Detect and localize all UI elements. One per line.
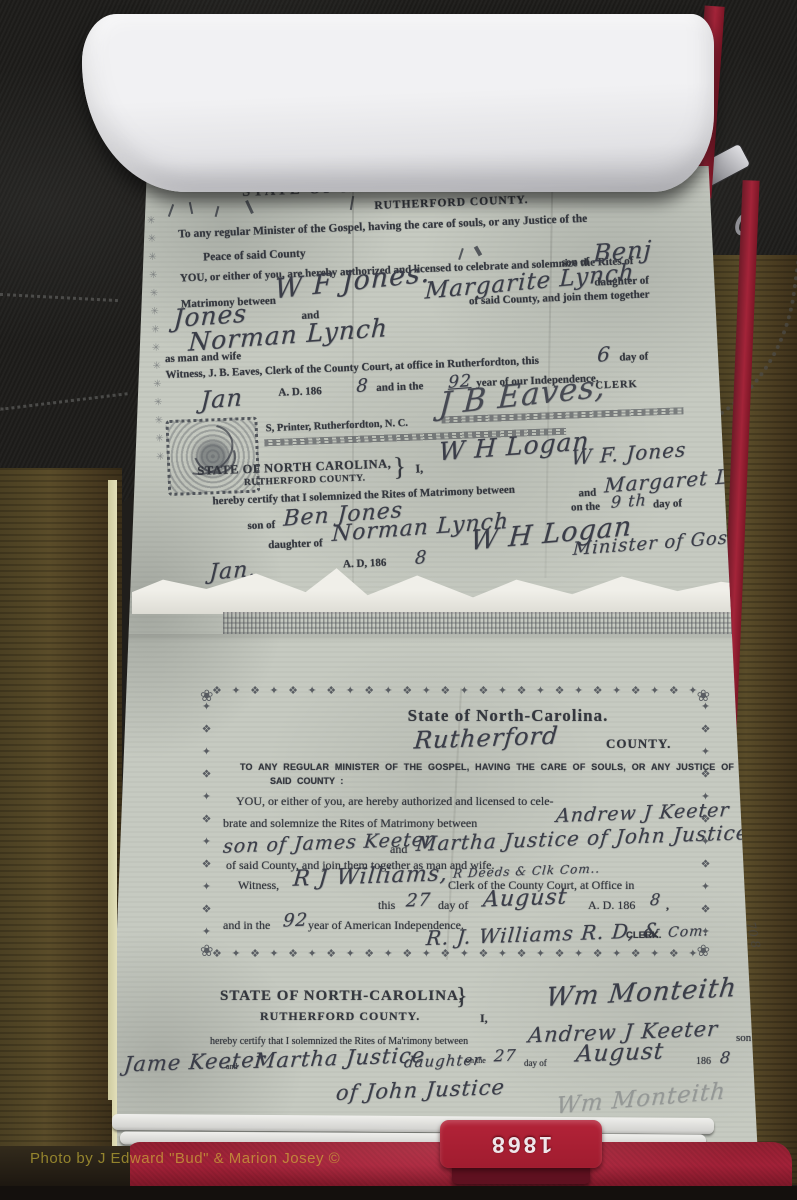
return2-county: RUTHERFORD COUNTY. xyxy=(260,1009,420,1024)
return1-brace: } xyxy=(393,452,407,482)
return2-groom-father-handwritten: Jame Keeter xyxy=(123,1047,267,1076)
return2-month-handwritten: August xyxy=(575,1038,665,1067)
frame-corner-bl: ❀ xyxy=(200,941,213,960)
license1-salutation2: Peace of said County xyxy=(203,248,306,264)
ad-year-handwritten: 8 xyxy=(356,375,369,397)
return2-son: son xyxy=(736,1032,751,1044)
fold-crease-vertical-1 xyxy=(352,170,354,590)
license1-day-of: day of xyxy=(619,351,648,364)
frame-corner-tr: ❀ xyxy=(697,686,710,705)
return1-and: and xyxy=(578,487,596,500)
frame-corner-tl: ❀ xyxy=(200,686,213,705)
license2-comma: , xyxy=(666,898,669,913)
return2-day-handwritten: 27 xyxy=(493,1046,517,1066)
return2-state: STATE OF NORTH-CAROLINA, xyxy=(220,988,464,1005)
frame-border-top: ❖ ✦ ❖ ✦ ❖ ✦ ❖ ✦ ❖ ✦ ❖ ✦ ❖ ✦ ❖ ✦ ❖ ✦ ❖ ✦ … xyxy=(212,684,698,699)
license2-com-handwritten: Com. xyxy=(667,923,709,940)
printer-line: S, Printer, Rutherfordton, N. C. xyxy=(266,418,409,434)
shadow-bottom-strip xyxy=(0,1186,797,1200)
return2-minister-handwritten: Wm Monteith xyxy=(544,973,738,1013)
license2-and: and xyxy=(390,842,407,857)
frame-border-bottom: ❖ ✦ ❖ ✦ ❖ ✦ ❖ ✦ ❖ ✦ ❖ ✦ ❖ ✦ ❖ ✦ ❖ ✦ ❖ ✦ … xyxy=(212,947,698,962)
return2-on-the: on the xyxy=(466,1056,486,1065)
day-handwritten: 6 xyxy=(597,342,612,367)
license2-ad-year-handwritten: 8 xyxy=(649,890,662,909)
return2-and: and xyxy=(226,1062,238,1071)
return1-ad-year-handwritten: 8 xyxy=(414,547,427,569)
license1-county: RUTHERFORD COUNTY. xyxy=(374,195,514,212)
license2-and-in-the: and in the xyxy=(223,918,270,933)
license2-witness-handwritten: R J Williams, xyxy=(292,861,449,892)
return1-day-handwritten: 9 th xyxy=(610,490,647,512)
curled-over-page xyxy=(82,14,714,192)
license2-witness-label: Witness, xyxy=(238,878,279,893)
license2-independence-year-handwritten: 92 xyxy=(282,910,309,932)
return2-day-of: day of xyxy=(524,1058,547,1068)
desk-wood-left xyxy=(0,468,122,1160)
return2-bride-father-handwritten: of John Justice xyxy=(335,1075,506,1105)
return1-ad: A. D, 186 xyxy=(343,557,387,571)
license2-salutation2: SAID COUNTY : xyxy=(270,776,343,786)
license2-this: this xyxy=(378,898,395,913)
page-edge-left xyxy=(108,480,117,1152)
marriage-license-jones-lynch: ✳ ✳ ✳ ✳ ✳ ✳ ✳ ✳ ✳ ✳ ✳ ✳ ✳ ✳ ✳ ✳ ✳ ✳ ✳ ✳ … xyxy=(138,152,774,605)
license1-body3: as man and wife xyxy=(165,350,241,365)
license2-body1: YOU, or either of you, are hereby author… xyxy=(236,794,554,809)
return1-daughter-of: daughter of xyxy=(268,537,323,551)
photographer-watermark: Photo by J Edward "Bud" & Marion Josey © xyxy=(30,1150,340,1167)
fold-shadow-horizontal xyxy=(118,634,758,642)
license1-salutation1: To any regular Minister of the Gospel, h… xyxy=(178,213,587,241)
return1-on-the: on the xyxy=(571,501,600,514)
license2-clerk-label: CLERK. xyxy=(626,930,661,941)
return2-bride-handwritten: Martha Justice xyxy=(253,1043,426,1073)
license2-county-label: COUNTY. xyxy=(606,736,671,752)
frame-corner-br: ❀ xyxy=(697,941,710,960)
frame-border-left: ✦ ❖ ✦ ❖ ✦ ❖ ✦ ❖ ✦ ❖ ✦ ❖ ✦ ❖ ✦ ❖ xyxy=(198,700,213,946)
license2-day-handwritten: 27 xyxy=(405,890,432,912)
photo-of-marriage-record-book: ✳ ✳ ✳ ✳ ✳ ✳ ✳ ✳ ✳ ✳ ✳ ✳ ✳ ✳ ✳ ✳ ✳ ✳ ✳ ✳ … xyxy=(0,0,797,1200)
license2-county-handwritten: Rutherford xyxy=(413,721,560,754)
return2-brace: } xyxy=(456,984,468,1011)
license1-daughter-of: daughter of xyxy=(594,274,649,288)
license1-ad: A. D. 186 xyxy=(278,385,322,399)
year-tab: 1868 xyxy=(440,1120,602,1168)
license1-clerk-label: CLERK xyxy=(595,379,638,392)
license1-and-in-the: and in the xyxy=(376,380,424,394)
return2-ad-year-handwritten: 8 xyxy=(719,1048,732,1067)
printed-band xyxy=(223,612,735,634)
return2-faint-signature-handwritten: Wm Monteith xyxy=(555,1078,727,1119)
license2-day-of: day of xyxy=(438,898,468,913)
marriage-license-keeter-justice: ❖ ✦ ❖ ✦ ❖ ✦ ❖ ✦ ❖ ✦ ❖ ✦ ❖ ✦ ❖ ✦ ❖ ✦ ❖ ✦ … xyxy=(198,684,712,962)
license2-month-handwritten: August xyxy=(482,884,569,912)
license2-body2: brate and solemnize the Rites of Matrimo… xyxy=(223,816,477,831)
left-ornament-column: ✳ ✳ ✳ ✳ ✳ ✳ ✳ ✳ ✳ ✳ ✳ ✳ ✳ ✳ ✳ ✳ ✳ ✳ ✳ ✳ xyxy=(146,215,167,465)
return1-day-of: day of xyxy=(653,497,682,510)
license2-ad: A. D. 186 xyxy=(588,898,635,913)
month-handwritten: Jan xyxy=(200,383,244,414)
return1-i: I, xyxy=(415,461,423,476)
return2-ad: 186 xyxy=(696,1056,711,1067)
year-tab-label: 1868 xyxy=(489,1131,552,1158)
record-book-page: ✳ ✳ ✳ ✳ ✳ ✳ ✳ ✳ ✳ ✳ ✳ ✳ ✳ ✳ ✳ ✳ ✳ ✳ ✳ ✳ … xyxy=(108,166,758,1158)
license2-salutation1: TO ANY REGULAR MINISTER OF THE GOSPEL, H… xyxy=(240,762,797,772)
return2-i: I, xyxy=(480,1011,488,1026)
return1-son-of: son of xyxy=(247,519,275,532)
